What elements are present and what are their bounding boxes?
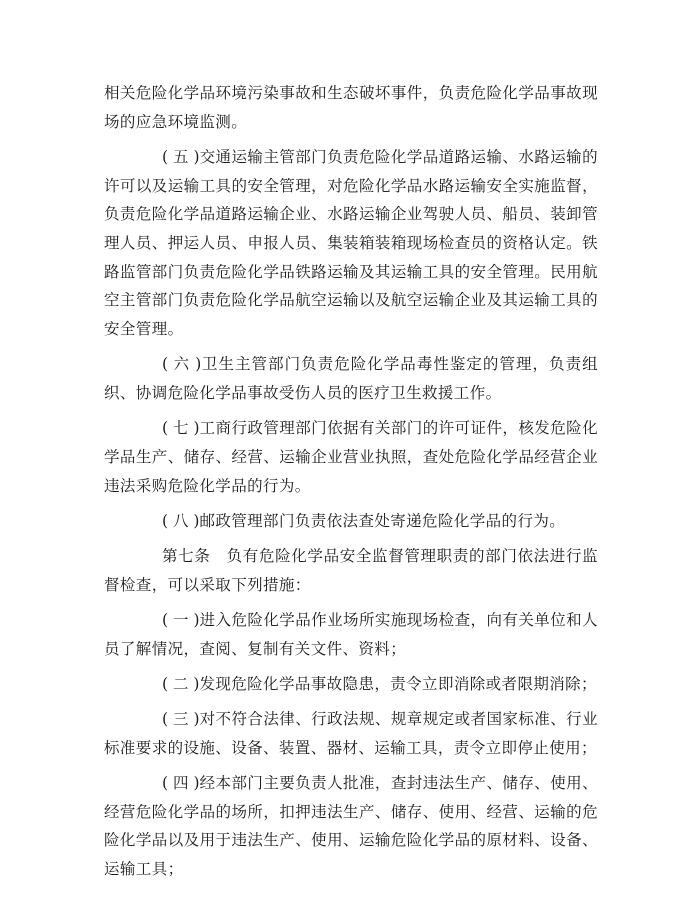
item-label: ( 一 ) bbox=[162, 611, 200, 629]
item-label: ( 五 ) bbox=[162, 148, 200, 166]
paragraph-item-6-health: ( 六 )卫生主管部门负责危险化学品毒性鉴定的管理，负责组织、协调危险化学品事故… bbox=[104, 350, 598, 407]
paragraph-text: 交通运输主管部门负责危险化学品道路运输、水路运输的许可以及运输工具的安全管理，对… bbox=[104, 148, 598, 338]
paragraph-measure-2: ( 二 )发现危险化学品事故隐患，责令立即消除或者限期消除； bbox=[104, 670, 598, 699]
paragraph-article-7: 第七条 负有危险化学品安全监督管理职责的部门依法进行监督检查，可以采取下列措施： bbox=[104, 542, 598, 599]
item-label: ( 七 ) bbox=[162, 419, 200, 437]
item-label: ( 四 ) bbox=[162, 774, 200, 792]
item-label: ( 三 ) bbox=[162, 710, 200, 728]
paragraph-item-5-transport: ( 五 )交通运输主管部门负责危险化学品道路运输、水路运输的许可以及运输工具的安… bbox=[104, 143, 598, 344]
item-label: ( 二 ) bbox=[162, 675, 199, 693]
paragraph-measure-1: ( 一 )进入危险化学品作业场所实施现场检查，向有关单位和人员了解情况，查阅、复… bbox=[104, 606, 598, 663]
item-label: ( 八 ) bbox=[162, 512, 199, 530]
paragraph-item-7-commerce: ( 七 )工商行政管理部门依据有关部门的许可证件，核发危险化学品生产、储存、经营… bbox=[104, 414, 598, 500]
paragraph-environment-monitoring: 相关危险化学品环境污染事故和生态破坏事件，负责危险化学品事故现场的应急环境监测。 bbox=[104, 79, 598, 136]
paragraph-measure-4: ( 四 )经本部门主要负责人批准，查封违法生产、储存、使用、经营危险化学品的场所… bbox=[104, 769, 598, 884]
paragraph-measure-3: ( 三 )对不符合法律、行政法规、规章规定或者国家标准、行业标准要求的设施、设备… bbox=[104, 705, 598, 762]
item-label: ( 六 ) bbox=[162, 355, 201, 373]
paragraph-item-8-postal: ( 八 )邮政管理部门负责依法查处寄递危险化学品的行为。 bbox=[104, 507, 598, 536]
article-label: 第七条 bbox=[162, 547, 227, 565]
paragraph-text: 相关危险化学品环境污染事故和生态破坏事件，负责危险化学品事故现场的应急环境监测。 bbox=[104, 84, 598, 131]
paragraph-text: 发现危险化学品事故隐患，责令立即消除或者限期消除； bbox=[199, 675, 597, 693]
document-page: 相关危险化学品环境污染事故和生态破坏事件，负责危险化学品事故现场的应急环境监测。… bbox=[104, 79, 598, 890]
paragraph-text: 邮政管理部门负责依法查处寄递危险化学品的行为。 bbox=[199, 512, 565, 530]
